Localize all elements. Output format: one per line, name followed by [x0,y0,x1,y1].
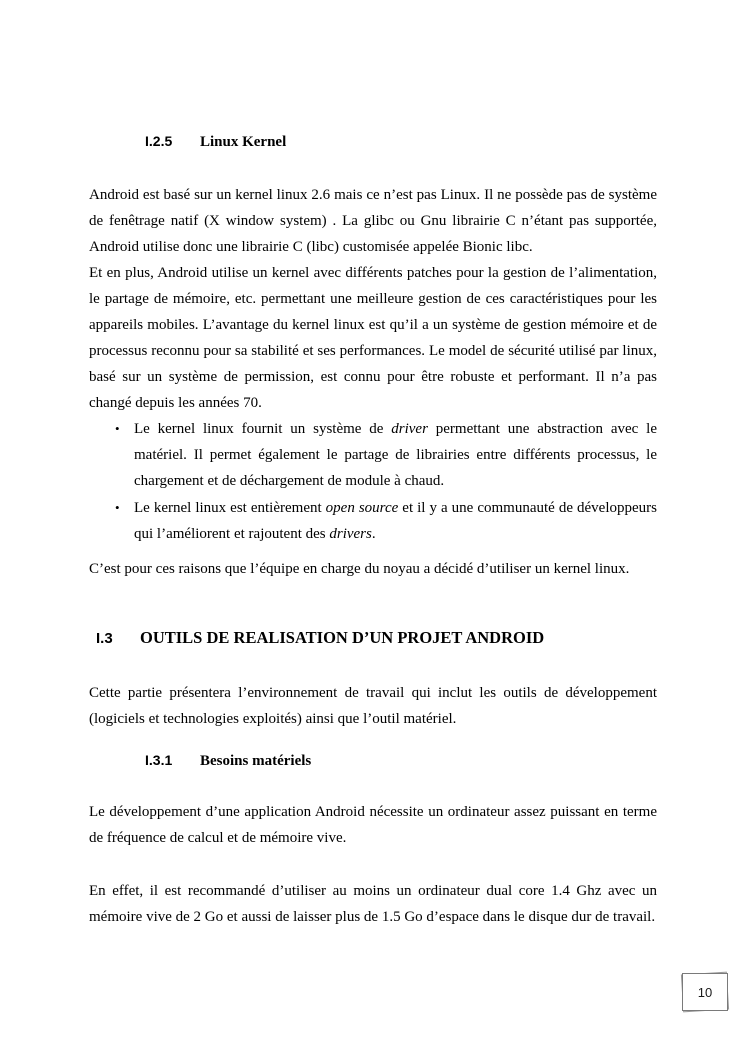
paragraph-kernel-patches: Et en plus, Android utilise un kernel av… [89,260,657,416]
heading-title: OUTILS DE REALISATION D’UN PROJET ANDROI… [140,628,544,647]
heading-title: Linux Kernel [200,134,286,150]
document-page: I.2.5Linux Kernel Android est basé sur u… [0,0,745,1053]
heading-besoins-materiels: I.3.1Besoins matériels [89,750,657,771]
list-item: • Le kernel linux fournit un système de … [89,416,657,494]
paragraph-developpement: Le développement d’une application Andro… [89,799,657,851]
heading-number: I.3 [96,628,140,650]
paragraph-recommandation: En effet, il est recommandé d’utiliser a… [89,878,657,930]
heading-number: I.3.1 [145,750,200,770]
paragraph-conclusion-kernel: C’est pour ces raisons que l’équipe en c… [89,556,657,582]
page-number: 10 [682,973,728,1011]
heading-linux-kernel: I.2.5Linux Kernel [89,131,657,152]
bullet-list: • Le kernel linux fournit un système de … [89,416,657,547]
list-item: • Le kernel linux est entièrement open s… [89,495,657,547]
paragraph-android-kernel: Android est basé sur un kernel linux 2.6… [89,182,657,260]
list-item-text: Le kernel linux est entièrement open sou… [134,500,657,542]
bullet-icon: • [115,416,120,442]
heading-title: Besoins matériels [200,753,311,769]
heading-number: I.2.5 [145,131,200,151]
page-number-frame: 10 [682,973,728,1011]
page-content: I.2.5Linux Kernel Android est basé sur u… [89,131,657,930]
heading-outils: I.3OUTILS DE REALISATION D’UN PROJET AND… [89,627,657,650]
paragraph-partie-intro: Cette partie présentera l’environnement … [89,680,657,732]
list-item-text: Le kernel linux fournit un système de dr… [134,421,657,489]
bullet-icon: • [115,495,120,521]
